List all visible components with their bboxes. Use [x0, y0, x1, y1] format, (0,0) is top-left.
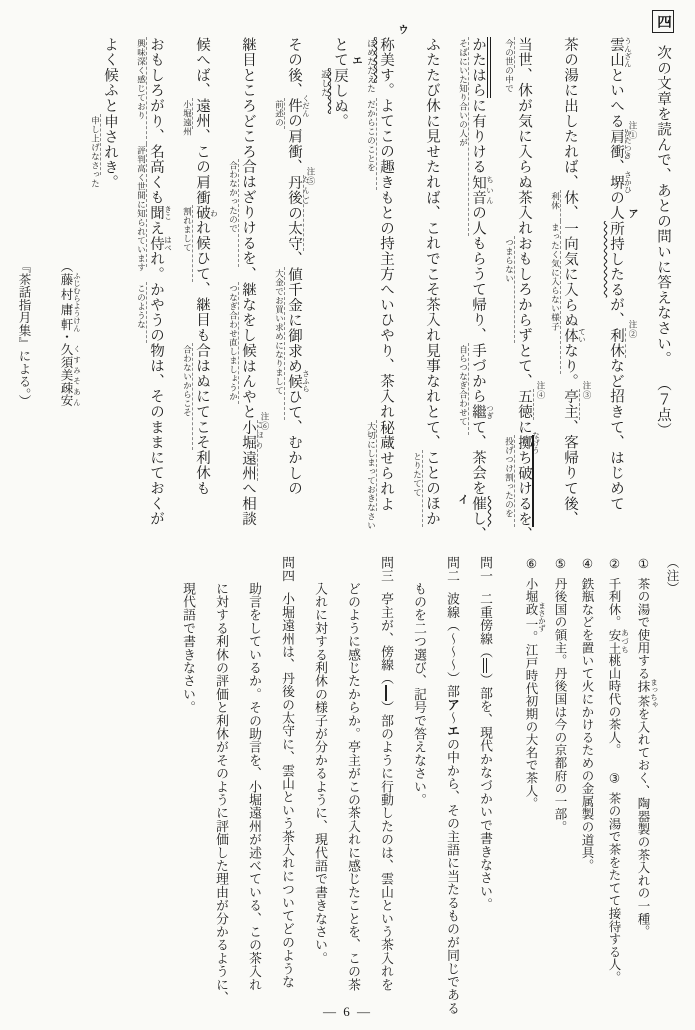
text-run: ⑤	[553, 556, 567, 571]
furigana: さかひ	[624, 171, 633, 194]
exam-page: 四次の文章を読んで、あとの問いに答えなさい。（７点）雲山うんざんといへる肩衝かた…	[0, 0, 695, 1030]
text-column: 現代語で書きなさい。	[171, 582, 204, 1022]
text-run: など招きて、はじめて	[608, 358, 624, 511]
text-column: ものを二つ選び、記号で答えなさい。	[402, 582, 435, 1022]
note-ref: 注④	[536, 381, 545, 400]
glossed-phrase: 戻しぬ返した	[332, 68, 348, 114]
text-run: 波線（〜〜〜）部	[445, 592, 459, 698]
double-line-symbol	[483, 658, 493, 673]
question-2-column: 問二波線（〜〜〜）部ア〜エの中から、その主語に当たるものが同じである	[435, 556, 468, 1022]
text-column: 入れに対する利休の様子が分かるように、現代語で書きなさい。	[303, 582, 336, 1022]
text-run: 入れに対する利休の様子が分かるように、現代語で書きなさい。	[313, 582, 327, 965]
glossed-phrase: 件くだんの前述の	[286, 98, 302, 129]
text-run: ）部のように行動したのは、雲山という茶入れを	[379, 701, 393, 991]
text-run: 体てい	[562, 328, 578, 343]
gloss: 合わないからこそ	[182, 345, 192, 417]
text-run: どのように感じたからか。亭主がこの茶入れに感じたことを、この茶	[346, 582, 360, 991]
text-run: 安土あづち	[607, 629, 621, 655]
text-run: 申されき	[100, 114, 118, 175]
gloss: 小堀遠州	[182, 100, 192, 136]
glossed-phrase: よてこの趣きだからこのことを	[378, 98, 394, 190]
section-title-column: 四次の文章を読んで、あとの問いに答えなさい。（７点）	[639, 10, 687, 550]
question-1-column: 問一二重傍線（）部を、現代かなづかいで書きなさい。	[468, 556, 501, 1022]
gloss: 大金でお買い求めになりまして	[274, 269, 284, 395]
text-run: ち破けるを	[516, 450, 532, 527]
passage-section: 四次の文章を読んで、あとの問いに答えなさい。（７点）雲山うんざんといへる肩衝かた…	[3, 10, 687, 550]
text-run: 秘蔵せられよ	[376, 420, 394, 512]
text-run: 、	[240, 267, 256, 282]
text-run: れ	[148, 251, 164, 266]
furigana: くすみそあん	[73, 343, 82, 407]
text-run: ③	[607, 771, 621, 786]
text-run: とて	[332, 37, 348, 68]
text-column: 継目ところどころ合はざりけるを合わなかったので、継なをし候はんやつなぎ合わせ直し…	[225, 37, 271, 550]
text-column: ⑥小堀政一まさかず。江戸時代初期の大名で茶人。	[517, 556, 546, 1022]
noted-phrase: 五徳注④	[516, 389, 532, 420]
furigana: てい	[578, 328, 587, 343]
text-run: 、	[516, 527, 532, 542]
text-run: 千利休。	[607, 577, 621, 628]
furigana: あづち	[621, 629, 630, 655]
notes-questions-section: （注）①茶の湯で使用する抹茶まっちゃを入れておく、陶器製の茶入れの一種。②千利休…	[171, 556, 685, 1022]
gloss: 割れまして	[182, 207, 192, 252]
text-run: ・	[59, 331, 73, 344]
text-run: 丹後たんごの太守	[286, 175, 304, 252]
text-column: 当世今の世の中で、休が気に入らぬ茶入れおもしろからずつまらないとて、五徳注④に擲…	[501, 37, 547, 550]
mark-label: イ	[457, 494, 468, 505]
text-column: とて戻しぬ返したエ。	[317, 37, 363, 550]
gloss: つなぎ合わせ直しましょうか	[228, 284, 238, 401]
text-run: 名高くも聞きこえ侍はべれ	[146, 144, 164, 266]
gloss: 申し上げなさった	[90, 116, 100, 188]
text-run: 利休も	[194, 450, 210, 496]
text-run: 堺さかひ	[608, 175, 624, 190]
spacer	[452, 582, 453, 592]
noted-phrase: 小堀こほり遠州注⑥	[240, 420, 256, 481]
text-run: ④	[580, 556, 594, 571]
glossed-phrase: 合はぬにてこそ合わないからこそ	[194, 343, 210, 450]
glossed-phrase: 合はざりけるを合わなかったので	[240, 159, 256, 266]
text-run: 亭主	[562, 389, 580, 420]
furigana: なげう	[532, 431, 541, 454]
text-run: に対する利休の評価と利休がそのように評価した理由が分かるように、	[214, 582, 228, 1004]
glossed-phrase: 申されき申し上げなさった	[102, 114, 118, 175]
text-column: おもしろがり、興味深く感じており名高くも聞きこえ侍はべれ評判高く世間に知られてい…	[133, 37, 179, 550]
text-run: 次の文章を読んで、あとの問いに答えなさい。	[655, 45, 671, 366]
note-ref: 注⑤	[306, 167, 315, 186]
gloss: 大切にしまっておきなさい	[366, 422, 376, 530]
text-run: 手づから	[470, 343, 486, 404]
text-run: （注）	[665, 556, 679, 594]
text-run: て	[470, 420, 486, 435]
text-run: 茶の湯で使用する	[636, 577, 650, 679]
text-column: 称美すほめたたえたウ。よてこの趣きだからこのことをもとの持主方へいひやり、茶入れ…	[363, 37, 409, 550]
gloss: このような	[136, 284, 146, 329]
note-ref: 注③	[582, 381, 591, 400]
text-run: 。	[102, 175, 118, 190]
glossed-phrase: 称美すほめたたえた	[378, 37, 394, 83]
text-run: 肩衝、	[286, 129, 302, 175]
text-run: 件くだん	[286, 98, 302, 113]
furigana: まっちゃ	[650, 679, 659, 709]
text-column: ①茶の湯で使用する抹茶まっちゃを入れておく、陶器製の茶入れの一種。	[629, 556, 658, 1022]
text-run: （７点）	[655, 377, 671, 438]
notes-header-column: （注）	[658, 556, 685, 1022]
text-run: 利休	[608, 328, 626, 359]
text-column: ⑤丹後国の領主。丹後国は今の京都府の一部。	[546, 556, 573, 1022]
text-run: おもしろからず	[514, 236, 532, 343]
text-column: かたはらに有りける知音ちいんの人そばにいた知り合いの人がもらうて帰り、手づから繼…	[455, 37, 501, 550]
text-run: ）部を、現代かなづかいで書きなさい。	[478, 673, 492, 911]
marked-phrase: 催しイ	[470, 496, 486, 527]
text-run: 催し	[470, 496, 486, 527]
text-run: 擲なげう	[516, 435, 532, 450]
text-run: その後、	[286, 37, 302, 98]
text-column: よく候ふと申されき申し上げなさった。	[87, 37, 133, 550]
text-run: といへる	[608, 68, 624, 129]
text-column: ②千利休。安土あづち桃山時代の茶人。③茶の湯で茶をたてて接待する人。	[600, 556, 629, 1022]
text-run: ものを二つ選び、記号で答えなさい。	[412, 582, 426, 806]
text-run: の人	[608, 190, 624, 221]
marked-phrase: 戻しぬ返したエ	[332, 68, 348, 114]
text-column: 茶の湯に出したれば、休、利休一向気に入らぬ体ていなりまったく気に入らない様子。亭…	[547, 37, 593, 550]
gloss: つまらない	[504, 238, 514, 283]
text-run: もらうて帰り、	[470, 236, 486, 343]
furigana: わ	[210, 205, 219, 220]
text-run: 候さふら	[286, 374, 302, 389]
noted-phrase: 利休注②	[608, 328, 624, 359]
furigana: くだん	[302, 95, 311, 118]
mark-label: ア	[627, 208, 638, 219]
text-run: の中から、その主語に当たるものが同じである	[445, 738, 459, 1015]
text-run: が、	[608, 297, 624, 328]
text-run: 丹後国の領主。丹後国は今の京都府の一部。	[553, 577, 567, 833]
text-run: かやうの	[146, 282, 164, 343]
text-run: 知音ちいん	[470, 175, 486, 206]
text-run: おもしろがり、	[146, 37, 164, 144]
gloss: 今の世の中で	[504, 39, 514, 93]
text-run: 遠州	[240, 450, 256, 481]
text-column: に対する利休の評価と利休がそのように評価した理由が分かるように、	[204, 582, 237, 1022]
text-column: ④鉄瓶などを置いて火にかけるための金属製の道具。	[573, 556, 600, 1022]
furigana: はべ	[164, 236, 173, 251]
text-run: 遠州	[192, 98, 210, 129]
text-run: 肩衝かたつき	[608, 129, 626, 160]
text-run: 抹茶まっちゃ	[636, 680, 650, 708]
text-run: とて、	[516, 343, 532, 389]
note-ref: 注⑥	[260, 412, 269, 431]
text-run: 鉄瓶などを置いて火にかけるための金属製の道具。	[580, 577, 594, 871]
text-run: エ	[445, 724, 459, 737]
text-run: 候へば、	[194, 37, 210, 98]
text-run: 〜	[445, 711, 459, 724]
text-column: どのように感じたからか。亭主がこの茶入れに感じたことを、この茶	[336, 582, 369, 1022]
gloss: とりたてて	[412, 452, 422, 497]
glossed-phrase: 休、利休	[562, 190, 578, 221]
text-run: 合はぬにてこそ	[192, 343, 210, 450]
text-run: よてこの趣き	[376, 98, 394, 190]
furigana: ちいん	[486, 175, 495, 206]
text-run: 問四	[280, 556, 294, 582]
text-run: 問二	[445, 556, 459, 582]
noted-phrase: 亭主注③	[562, 389, 578, 420]
page-number: — 6 —	[0, 1004, 695, 1020]
text-run: もとの持主方へいひやり、茶入れ	[378, 190, 394, 420]
text-run: 継目ところどころ	[240, 37, 256, 159]
glossed-phrase: 値千金に御求め候さふらひて大金でお買い求めになりまして	[286, 267, 302, 420]
text-run: 、継目も	[194, 282, 210, 343]
question-3-column: 問三亭主が、傍線（）部のように行動したのは、雲山という茶入れを	[369, 556, 402, 1022]
glossed-phrase: 破われ候ひて割れまして	[194, 205, 210, 282]
text-run: 問一	[478, 556, 492, 582]
text-run: と	[240, 404, 256, 419]
gloss: ほめたたえた	[366, 39, 376, 93]
gloss: 投げつけ割ったのを	[504, 437, 514, 518]
text-run: 合はざりけるを	[238, 159, 256, 266]
spacer	[386, 582, 387, 592]
text-run: 小堀	[524, 577, 538, 603]
text-run: 、茶会を	[470, 435, 486, 496]
glossed-phrase: 当世今の世の中で	[516, 37, 532, 68]
text-run: 小堀遠州は、丹後の太守に、雲山という茶入れについてどのような	[280, 592, 294, 988]
text-run: 桃山時代の茶人。	[607, 654, 621, 756]
text-run: かたはら	[470, 37, 491, 98]
text-run: 丹後たんご	[286, 175, 302, 206]
furigana: つぎ	[486, 404, 495, 419]
gloss: だからこのことを	[366, 100, 376, 172]
text-run: の	[286, 114, 302, 129]
furigana: さふら	[302, 370, 311, 393]
text-run: 、むかしの	[286, 420, 302, 497]
glossed-phrase: 継なをし候はんやつなぎ合わせ直しましょうか	[240, 282, 256, 404]
text-run: ②	[607, 556, 621, 571]
text-run: 小堀こほり遠州	[240, 420, 258, 481]
spacer	[614, 757, 615, 771]
text-column: ふたたび休に見せたれば、これでこそ茶入れ見事なれとて、ことのほかとりたてて	[409, 37, 455, 550]
text-run: 当世	[514, 37, 532, 68]
glossed-phrase: おもしろからずつまらない	[516, 236, 532, 343]
text-column: その後、件くだんの前述の肩衝、丹後たんごの太守注⑤、値千金に御求め候さふらひて大…	[271, 37, 317, 550]
gloss: まったく気に入らない様子	[550, 223, 560, 331]
glossed-phrase: 一向気に入らぬ体ていなりまったく気に入らない様子	[562, 221, 578, 374]
text-run: よく候ふと	[102, 37, 118, 114]
text-column: 雲山うんざんといへる肩衝かたつき注①、堺さかひの人所持したるアが、利休注②など招…	[593, 37, 639, 550]
text-run: 、	[470, 527, 486, 542]
glossed-phrase: 名高くも聞きこえ侍はべれ評判高く世間に知られています	[148, 144, 164, 266]
glossed-phrase: 秘蔵せられよ大切にしまっておきなさい	[378, 420, 394, 512]
gloss: そばにいた知り合いの人が	[458, 39, 468, 147]
text-run: 擲なげうち破けるを	[514, 435, 534, 527]
text-run: ①	[636, 556, 650, 571]
text-run: の太守	[286, 205, 302, 251]
citation-column: （藤村庸軒ふじむらようけん・久須美疎安くすみそあん『茶話指月集』による。）	[3, 260, 87, 550]
text-run: 値千金に御求め候さふらひて	[284, 267, 302, 420]
text-run: 五徳	[516, 389, 534, 420]
text-run: 、休が気に入らぬ茶入れ	[516, 68, 532, 236]
text-run: 。	[332, 114, 348, 129]
marked-phrase: 称美すほめたたえたウ	[378, 37, 394, 83]
text-run: 助言をしているか。その助言を、小堀遠州が述べている、この茶入れ	[247, 582, 261, 991]
text-run: 。江戸時代初期の大名で茶人。	[524, 631, 538, 810]
question-4-column: 問四小堀遠州は、丹後の太守に、雲山という茶入れについてどのような	[270, 556, 303, 1022]
glossed-phrase: 遠州小堀遠州	[194, 98, 210, 129]
text-run: 問三	[379, 556, 393, 582]
glossed-phrase: かやうのこのような	[148, 282, 164, 343]
text-run: 。	[378, 83, 394, 98]
text-run: 政一まさかず	[524, 603, 538, 631]
furigana: きこ	[164, 205, 173, 220]
text-run: ふたたび休に見せたれば、これでこそ茶入れ見事なれとて、	[424, 37, 440, 450]
gloss: 合わなかったので	[228, 161, 238, 233]
text-run: 。	[562, 374, 578, 389]
text-run: え	[148, 221, 164, 236]
marked-phrase: 所持したるア	[608, 221, 624, 298]
mark-label: エ	[351, 55, 362, 66]
text-run: 久須美疎安くすみそあん	[59, 343, 73, 407]
text-run: 件くだんの	[284, 98, 302, 129]
text-run: 物は、そのままにておくが	[148, 343, 164, 527]
text-run: かたはらに有りける知音ちいんの人	[468, 37, 486, 236]
glossed-phrase: 擲なげうち破けるを投げつけ割ったのを	[516, 435, 532, 527]
text-run: 破わ	[194, 205, 210, 220]
text-run: 値千金に御求め	[286, 267, 302, 374]
text-run: に有りける	[470, 98, 486, 175]
solid-line-symbol	[385, 685, 393, 701]
text-run: ことのほか	[422, 450, 440, 527]
text-run: 繼つぎ	[470, 404, 486, 419]
text-run: ひて	[286, 389, 302, 420]
text-run: 一向気に入らぬ体ていなり	[560, 221, 578, 374]
gloss: 評判高く世間に知られています	[136, 146, 146, 272]
text-run: 休、	[560, 190, 578, 221]
gloss: 興味深く感じており	[136, 39, 146, 120]
note-ref: 注②	[628, 320, 637, 339]
text-run: ア	[445, 698, 459, 711]
text-run: 侍はべ	[148, 236, 164, 251]
furigana: うんざん	[624, 37, 633, 68]
text-run: ⑥	[524, 556, 538, 571]
text-run: 手づから繼つぎて	[468, 343, 486, 435]
text-run: 二重傍線（	[478, 592, 492, 658]
text-run: 現代語で書きなさい。	[181, 582, 195, 714]
text-run: 継なをし候はんや	[238, 282, 256, 404]
section-number-box: 四	[652, 10, 674, 33]
mark-label: ウ	[397, 24, 408, 35]
text-column: 候へば、遠州小堀遠州、この肩衝破われ候ひて割れまして、継目も合はぬにてこそ合わな…	[179, 37, 225, 550]
gloss: 返した	[320, 70, 330, 97]
noted-phrase: 丹後たんごの太守注⑤	[286, 175, 302, 252]
text-run: の人	[470, 205, 486, 236]
text-run: へ相談	[240, 481, 256, 527]
text-run: 名高くも	[148, 144, 164, 205]
text-run: 、この肩衝	[194, 129, 210, 206]
gloss: 自らつなぎ合わせて	[458, 345, 468, 426]
text-run: 。	[148, 267, 164, 282]
furigana: まさかず	[538, 602, 547, 632]
text-run: 藤村庸軒ふじむらようけん	[59, 273, 73, 331]
text-run: 茶の湯で茶をたてて接待する人。	[607, 792, 621, 984]
text-run: 破われ候ひて	[192, 205, 210, 282]
text-run: を入れておく、陶器製の茶入れの一種。	[636, 708, 650, 938]
text-run: 戻しぬ	[330, 68, 348, 114]
text-run: 所持したる	[608, 221, 624, 298]
noted-phrase: 肩衝かたつき注①	[608, 129, 624, 160]
spacer	[485, 582, 486, 592]
text-run: れ候ひて	[194, 221, 210, 282]
text-run: 、	[286, 251, 302, 266]
gloss: 前述の	[274, 100, 284, 127]
glossed-phrase: かたはらに有りける知音ちいんの人そばにいた知り合いの人が	[470, 37, 486, 236]
text-run: 雲山うんざん	[608, 37, 624, 68]
spacer	[287, 582, 288, 592]
glossed-phrase: おもしろがり、興味深く感じており	[148, 37, 164, 144]
gloss: 利休	[550, 192, 560, 210]
text-run: 亭主が、傍線（	[379, 592, 393, 684]
text-column: 助言をしているか。その助言を、小堀遠州が述べている、この茶入れ	[237, 582, 270, 1022]
text-run: 、客帰りて後、	[562, 420, 578, 527]
text-run: なり	[562, 343, 578, 374]
text-run: 聞きこ	[148, 205, 164, 220]
glossed-phrase: 手づから繼つぎて自らつなぎ合わせて	[470, 343, 486, 435]
text-run: 『茶話指月集』による。）	[17, 260, 31, 407]
note-ref: 注①	[628, 121, 637, 140]
spacer	[663, 367, 664, 377]
glossed-phrase: ことのほかとりたてて	[424, 450, 440, 527]
text-run: 一向気に入らぬ	[562, 221, 578, 328]
spacer	[663, 33, 664, 45]
text-run: 小堀こほり	[240, 420, 256, 451]
text-run: 称美す	[376, 37, 394, 83]
text-run: 茶の湯に出したれば、	[562, 37, 578, 190]
furigana: ふじむらようけん	[73, 272, 82, 332]
